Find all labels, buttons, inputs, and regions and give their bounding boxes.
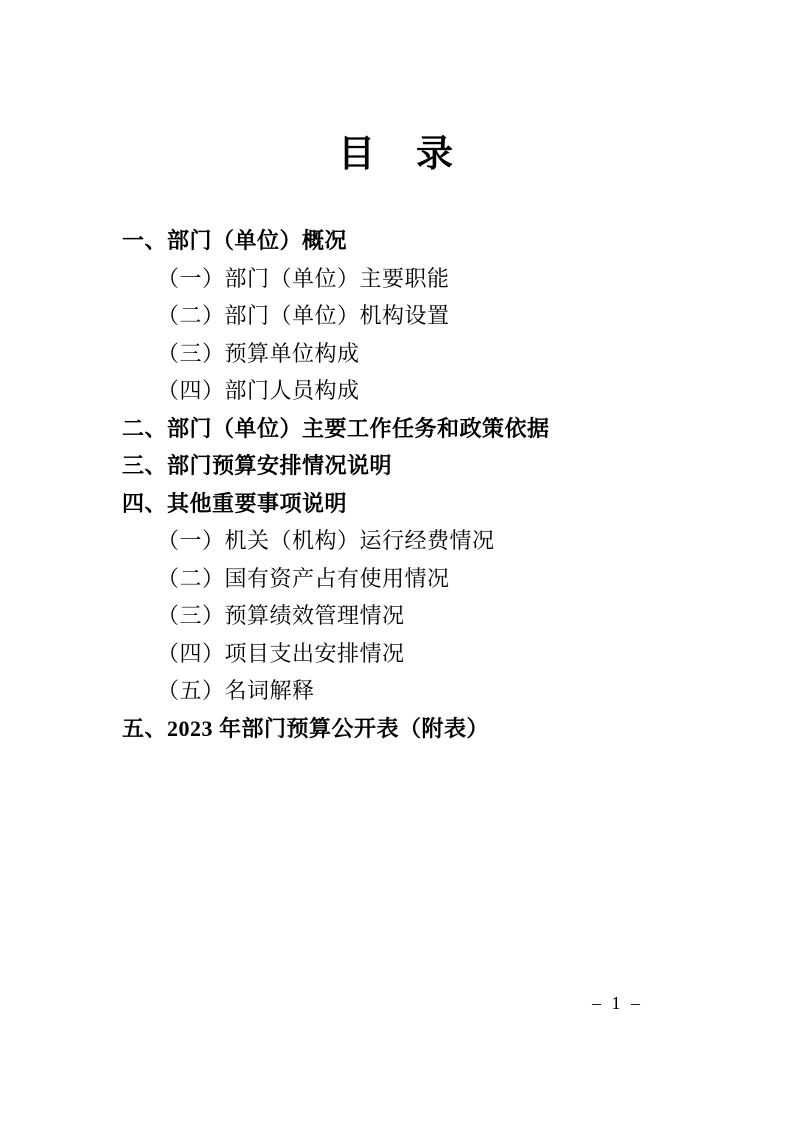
toc-item-section-4-sub-5: （五）名词解释: [122, 672, 743, 710]
toc-item-section-4: 四、其他重要事项说明: [122, 485, 743, 523]
toc-item-section-5: 五、2023 年部门预算公开表（附表）: [122, 710, 743, 748]
toc-item-section-4-sub-4: （四）项目支出安排情况: [122, 635, 743, 673]
toc-item-section-4-sub-1: （一）机关（机构）运行经费情况: [122, 522, 743, 560]
toc-item-section-1-sub-3: （三）预算单位构成: [122, 335, 743, 373]
toc-item-section-1-sub-1: （一）部门（单位）主要职能: [122, 260, 743, 298]
page-number: – 1 –: [592, 993, 643, 1014]
toc-item-section-4-sub-3: （三）预算绩效管理情况: [122, 597, 743, 635]
toc-item-section-3: 三、部门预算安排情况说明: [122, 447, 743, 485]
toc-item-section-4-sub-2: （二）国有资产占有使用情况: [122, 560, 743, 598]
table-of-contents: 一、部门（单位）概况 （一）部门（单位）主要职能 （二）部门（单位）机构设置 （…: [122, 222, 743, 747]
toc-item-section-1-sub-4: （四）部门人员构成: [122, 372, 743, 410]
toc-item-section-1: 一、部门（单位）概况: [122, 222, 743, 260]
document-page: 目 录 一、部门（单位）概况 （一）部门（单位）主要职能 （二）部门（单位）机构…: [0, 0, 793, 1122]
page-title: 目 录: [0, 133, 793, 177]
toc-item-section-2: 二、部门（单位）主要工作任务和政策依据: [122, 410, 743, 448]
toc-item-section-1-sub-2: （二）部门（单位）机构设置: [122, 297, 743, 335]
